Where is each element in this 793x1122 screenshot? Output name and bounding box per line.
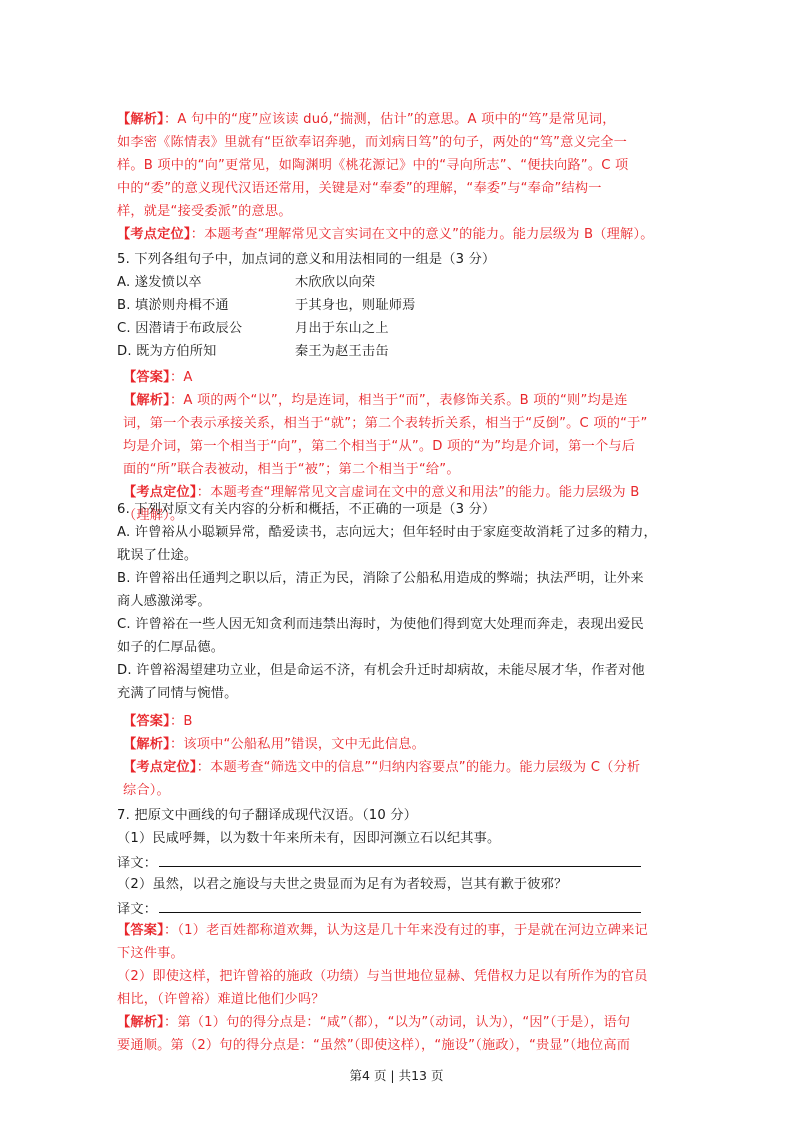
translation-blank[interactable]	[159, 852, 641, 867]
q7-analysis-line: 要通顺。第（2）句的得分点是：“虽然”（即使这样），“施设”（施政），“贵显”（…	[117, 1036, 630, 1056]
q6-option-line: D. 许曾裕渴望建功立业，但是命运不济，有机会升迁时却病故，未能尽展才华，作者对…	[117, 661, 645, 681]
page-footer: 第4 页 | 共13 页	[0, 1066, 793, 1084]
q4-analysis-line: 样，就是“接受委派”的意思。	[117, 202, 292, 222]
point-tag: 【考点定位】	[117, 227, 191, 242]
q5-answer: 【答案】：A	[123, 368, 193, 388]
q7-sentence-2: （2）虽然，以君之施设与夫世之贵显而为足有为者较焉，岂其有歉于彼邪？	[117, 875, 567, 895]
q7-translation-1: 译文：	[117, 852, 641, 874]
q5-option-d: D. 既为方伯所知秦王为赵王击缶	[117, 342, 216, 362]
q6-point-line: 【考点定位】：本题考查“筛选文中的信息”“归纳内容要点”的能力。能力层级为 C（…	[123, 758, 640, 778]
q6-option-line: 充满了同情与惋惜。	[117, 684, 238, 704]
q5-stem: 5. 下列各组句子中，加点词的意义和用法相同的一组是（3 分）	[117, 250, 495, 270]
q6-analysis: 【解析】：该项中“公船私用”错误，文中无此信息。	[123, 735, 425, 755]
q7-answer-line: （2）即使这样，把许曾裕的施政（功绩）与当世地位显赫、凭借权力足以有所作为的官员	[117, 967, 648, 987]
q7-answer-line: 下这件事。	[117, 944, 184, 964]
q6-option-line: 耽误了仕途。	[117, 546, 197, 566]
q4-analysis-line: 样。B 项中的“向”更常见，如陶渊明《桃花源记》中的“寻向所志”、“便扶向路”。…	[117, 156, 628, 176]
q4-point-line: 【考点定位】：本题考查“理解常见文言实词在文中的意义”的能力。能力层级为 B（理…	[117, 225, 654, 245]
q5-option-c: C. 因潜请于布政辰公月出于东山之上	[117, 319, 242, 339]
q7-answer-line: 相比，（许曾裕）难道比他们少吗？	[117, 990, 325, 1010]
q6-option-line: C. 许曾裕在一些人因无知贪利而违禁出海时，为使他们得到宽大处理而奔走，表现出爱…	[117, 615, 644, 635]
q7-sentence-1: （1）民咸呼舞，以为数十年来所未有，因即河濒立石以纪其事。	[117, 829, 500, 849]
q6-option-line: 商人感激涕零。	[117, 592, 211, 612]
q4-analysis-line: 【解析】：A 句中的“度”应该读 duó,“揣测，估计”的意思。A 项中的“笃”…	[117, 110, 616, 130]
q5-analysis-line: 面的“所”联合表被动，相当于“被”；第二个相当于“给”。	[123, 460, 460, 480]
translation-blank[interactable]	[159, 898, 641, 913]
q6-stem: 6. 下列对原文有关内容的分析和概括，不正确的一项是（3 分）	[117, 500, 495, 520]
q4-analysis-line: 中的“委”的意义现代汉语还常用，关键是对“奉委”的理解，“奉委”与“奉命”结构一	[117, 179, 602, 199]
analysis-tag: 【解析】	[117, 112, 164, 127]
q6-option-line: 如子的仁厚品德。	[117, 638, 224, 658]
q6-option-line: B. 许曾裕出任通判之职以后，清正为民，消除了公船私用造成的弊端；执法严明，让外…	[117, 569, 644, 589]
q6-option-line: A. 许曾裕从小聪颖异常，酷爱读书，志向远大；但年轻时由于家庭变故消耗了过多的精…	[117, 523, 657, 543]
q5-option-a: A. 遂发愤以卒木欣欣以向荣	[117, 273, 202, 293]
q5-analysis-line: 词，第一个表示承接关系，相当于“就”；第二个表转折关系，相当于“反倒”。C 项的…	[123, 414, 648, 434]
q7-answer-line: 【答案】：（1）老百姓都称道欢舞，认为这是几十年来没有过的事，于是就在河边立碑来…	[117, 921, 648, 941]
q7-analysis-line: 【解析】：第（1）句的得分点是：“咸”（都），“以为”（动词，认为），“因”（于…	[117, 1013, 630, 1033]
q5-analysis-line: 【解析】：A 项的两个“以”，均是连词，相当于“而”，表修饰关系。B 项的“则”…	[123, 391, 628, 411]
q7-translation-2: 译文：	[117, 898, 641, 920]
q7-stem: 7. 把原文中画线的句子翻译成现代汉语。（10 分）	[117, 806, 417, 826]
q6-answer: 【答案】：B	[123, 712, 193, 732]
q6-point-line: 综合）。	[123, 781, 170, 801]
q5-option-b: B. 填淤则舟楫不通于其身也，则耻师焉	[117, 296, 229, 316]
q4-analysis-line: 如李密《陈情表》里就有“臣欲奉诏奔驰，而刘病日笃”的句子，两处的“笃”意义完全一	[117, 133, 627, 153]
q5-analysis-line: 均是介词，第一个相当于“向”，第二个相当于“从”。D 项的“为”均是介词，第一个…	[123, 437, 635, 457]
